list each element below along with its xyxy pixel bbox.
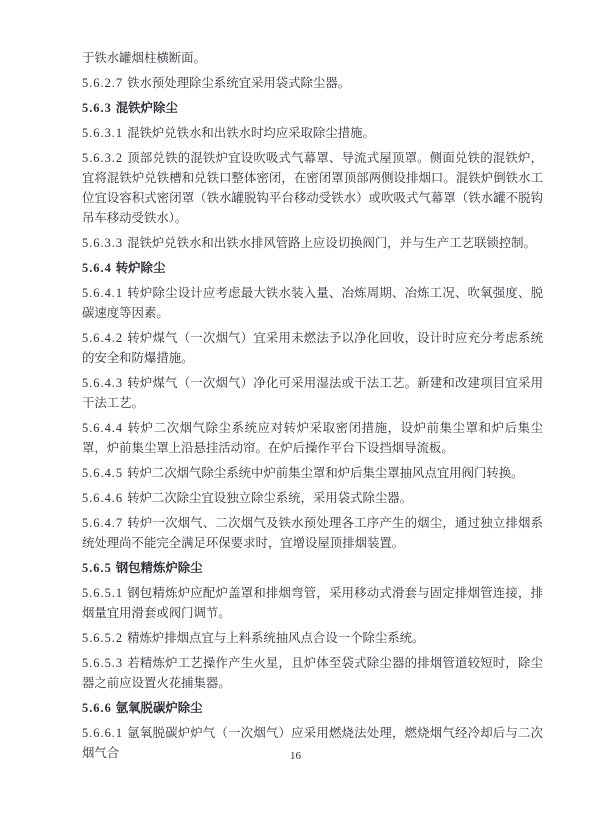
section-number: 5.6.3 <box>82 101 112 115</box>
section-number: 5.6.3.2 <box>82 151 123 165</box>
section-text: 钢包精炼炉除尘 <box>116 561 203 575</box>
section-paragraph: 5.6.4.5转炉二次烟气除尘系统中炉前集尘罩和炉后集尘罩抽风点宜用阀门转换。 <box>82 463 543 483</box>
section-number: 5.6.4.3 <box>82 376 123 390</box>
section-number: 5.6.5.1 <box>82 586 123 600</box>
section-number: 5.6.4.1 <box>82 286 123 300</box>
section-text: 精炼炉排烟点宜与上料系统抽风点合设一个除尘系统。 <box>127 631 424 645</box>
section-number: 5.6.4.4 <box>82 421 123 435</box>
document-page: 于铁水罐烟柱横断面。5.6.2.7铁水预处理除尘系统宜采用袋式除尘器。5.6.3… <box>0 0 591 817</box>
section-text: 铁水预处理除尘系统宜采用袋式除尘器。 <box>127 76 350 90</box>
page-number: 16 <box>0 750 591 762</box>
section-paragraph: 5.6.4.2转炉煤气（一次烟气）宜采用未燃法予以净化回收，设计时应充分考虑系统… <box>82 328 543 368</box>
section-text: 混铁炉兑铁水和出铁水时均应采取除尘措施。 <box>127 126 375 140</box>
section-number: 5.6.6 <box>82 701 112 715</box>
section-paragraph: 5.6.4.4转炉二次烟气除尘系统应对转炉采取密闭措施，设炉前集尘罩和炉后集尘罩… <box>82 418 543 458</box>
section-text: 转炉二次烟气除尘系统中炉前集尘罩和炉后集尘罩抽风点宜用阀门转换。 <box>127 466 524 480</box>
section-heading: 5.6.3混铁炉除尘 <box>82 98 543 118</box>
section-text: 于铁水罐烟柱横断面。 <box>82 51 206 65</box>
section-number: 5.6.4.7 <box>82 516 123 530</box>
section-text: 转炉除尘设计应考虑最大铁水装入量、冶炼周期、冶炼工况、吹氧强度、脱碳速度等因素。 <box>82 286 543 320</box>
section-paragraph: 5.6.5.2精炼炉排烟点宜与上料系统抽风点合设一个除尘系统。 <box>82 628 543 648</box>
section-paragraph: 5.6.3.1混铁炉兑铁水和出铁水时均应采取除尘措施。 <box>82 123 543 143</box>
section-paragraph: 5.6.4.6转炉二次除尘宜设独立除尘系统，采用袋式除尘器。 <box>82 488 543 508</box>
section-text: 转炉二次烟气除尘系统应对转炉采取密闭措施，设炉前集尘罩和炉后集尘罩，炉前集尘罩上… <box>82 421 543 455</box>
section-heading: 5.6.5钢包精炼炉除尘 <box>82 558 543 578</box>
section-paragraph: 5.6.4.1转炉除尘设计应考虑最大铁水装入量、冶炼周期、冶炼工况、吹氧强度、脱… <box>82 283 543 323</box>
section-number: 5.6.4.6 <box>82 491 123 505</box>
section-heading: 5.6.6氩氧脱碳炉除尘 <box>82 698 543 718</box>
section-number: 5.6.3.1 <box>82 126 123 140</box>
section-number: 5.6.2.7 <box>82 76 123 90</box>
section-text: 氩氧脱碳炉除尘 <box>116 701 203 715</box>
section-number: 5.6.3.3 <box>82 236 123 250</box>
section-text: 转炉除尘 <box>116 261 166 275</box>
section-text: 混铁炉兑铁水和出铁水排风管路上应设切换阀门，并与生产工艺联锁控制。 <box>127 236 536 250</box>
section-number: 5.6.5 <box>82 561 112 575</box>
section-paragraph: 5.6.3.3混铁炉兑铁水和出铁水排风管路上应设切换阀门，并与生产工艺联锁控制。 <box>82 233 543 253</box>
section-text: 转炉煤气（一次烟气）净化可采用湿法或干法工艺。新建和改建项目宜采用干法工艺。 <box>82 376 543 410</box>
section-text: 混铁炉除尘 <box>116 101 178 115</box>
section-number: 5.6.6.1 <box>82 726 123 740</box>
section-text: 转炉煤气（一次烟气）宜采用未燃法予以净化回收，设计时应充分考虑系统的安全和防爆措… <box>82 331 543 365</box>
section-number: 5.6.4 <box>82 261 112 275</box>
section-text: 钢包精炼炉应配炉盖罩和排烟弯管，采用移动式滑套与固定排烟管连接，排烟量宜用滑套或… <box>82 586 543 620</box>
section-paragraph: 5.6.5.1钢包精炼炉应配炉盖罩和排烟弯管，采用移动式滑套与固定排烟管连接，排… <box>82 583 543 623</box>
section-paragraph: 5.6.4.3转炉煤气（一次烟气）净化可采用湿法或干法工艺。新建和改建项目宜采用… <box>82 373 543 413</box>
section-text: 顶部兑铁的混铁炉宜设吹吸式气幕罩、导流式屋顶罩。侧面兑铁的混铁炉，宜将混铁炉兑铁… <box>82 151 543 225</box>
section-number: 5.6.4.5 <box>82 466 123 480</box>
section-paragraph: 5.6.2.7铁水预处理除尘系统宜采用袋式除尘器。 <box>82 73 543 93</box>
section-paragraph: 5.6.3.2顶部兑铁的混铁炉宜设吹吸式气幕罩、导流式屋顶罩。侧面兑铁的混铁炉，… <box>82 148 543 228</box>
section-text: 若精炼炉工艺操作产生火星，且炉体至袋式除尘器的排烟管道较短时，除尘器之前应设置火… <box>82 656 543 690</box>
section-paragraph: 于铁水罐烟柱横断面。 <box>82 48 543 68</box>
section-paragraph: 5.6.4.7转炉一次烟气、二次烟气及铁水预处理各工序产生的烟尘，通过独立排烟系… <box>82 513 543 553</box>
section-paragraph: 5.6.5.3若精炼炉工艺操作产生火星，且炉体至袋式除尘器的排烟管道较短时，除尘… <box>82 653 543 693</box>
section-heading: 5.6.4转炉除尘 <box>82 258 543 278</box>
section-text: 转炉一次烟气、二次烟气及铁水预处理各工序产生的烟尘，通过独立排烟系统处理尚不能完… <box>82 516 543 550</box>
section-number: 5.6.4.2 <box>82 331 123 345</box>
section-number: 5.6.5.2 <box>82 631 123 645</box>
section-number: 5.6.5.3 <box>82 656 123 670</box>
section-text: 转炉二次除尘宜设独立除尘系统，采用袋式除尘器。 <box>127 491 412 505</box>
document-body: 于铁水罐烟柱横断面。5.6.2.7铁水预处理除尘系统宜采用袋式除尘器。5.6.3… <box>82 48 543 768</box>
